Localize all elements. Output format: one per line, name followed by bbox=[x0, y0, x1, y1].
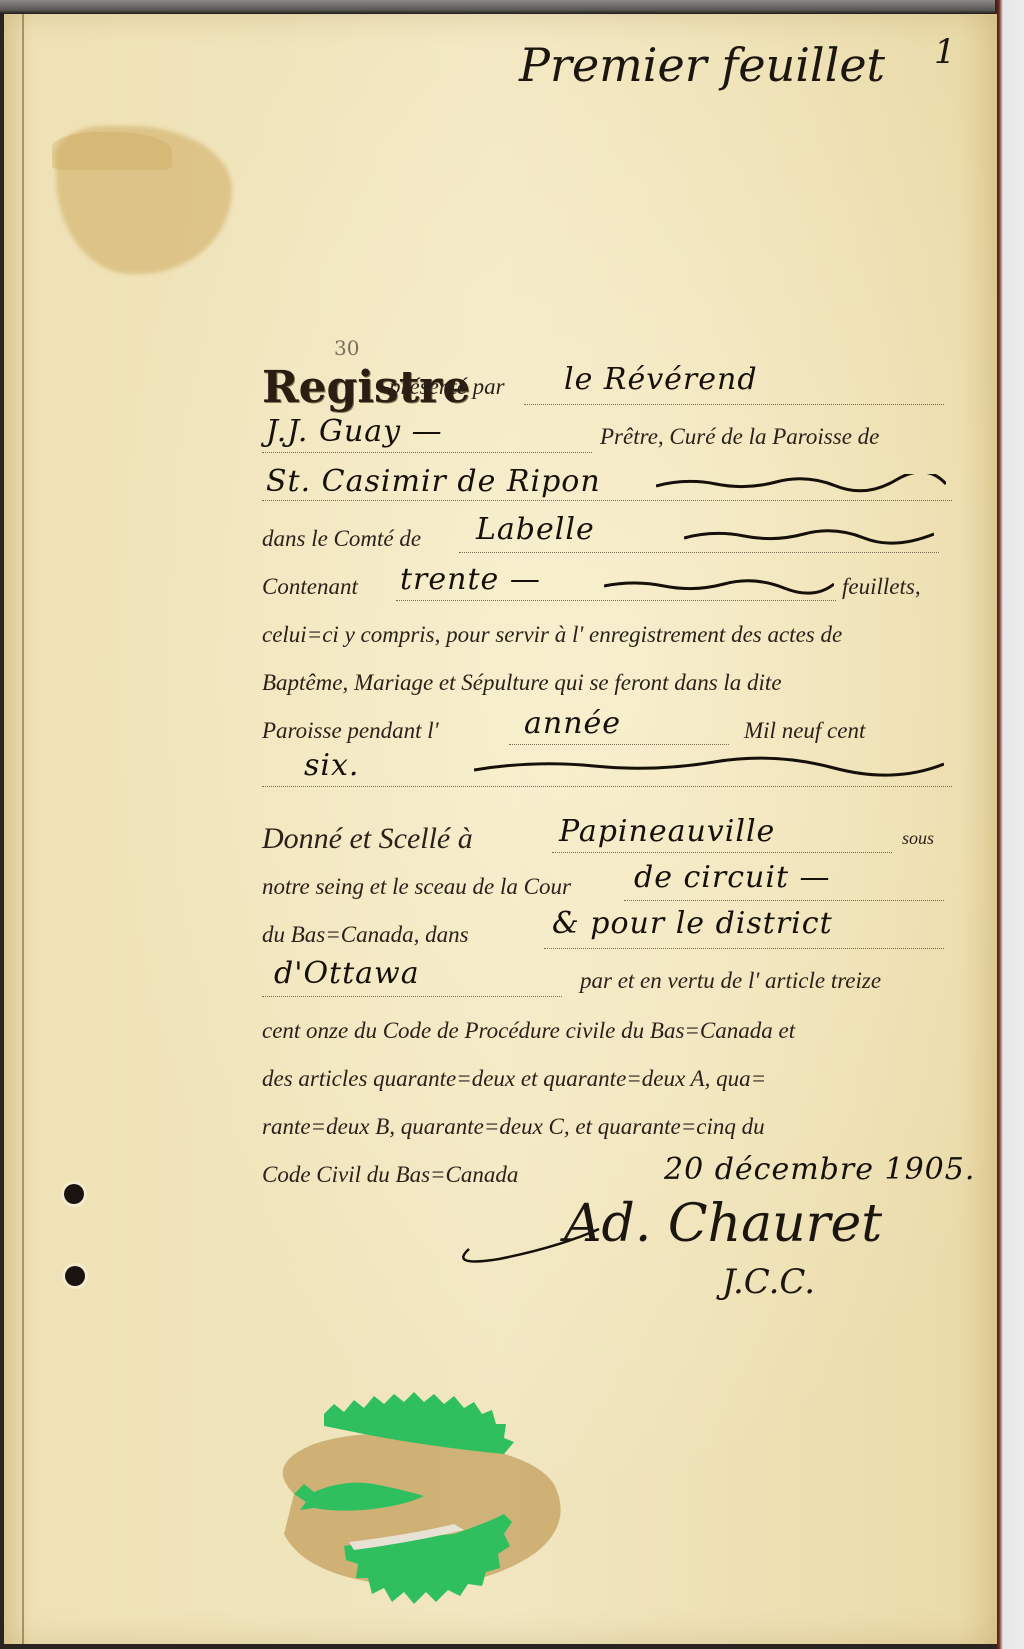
handwritten-entry: trente — bbox=[400, 562, 541, 597]
printed-text: présenté par bbox=[389, 374, 505, 400]
handwritten-date: 20 décembre 1905. bbox=[664, 1152, 975, 1187]
printed-text: rante=deux B, quarante=deux C, et quaran… bbox=[262, 1114, 765, 1140]
printed-text: celui=ci y compris, pour servir à l' enr… bbox=[262, 622, 842, 648]
printed-text: sous bbox=[902, 828, 934, 849]
handwritten-entry: J.J. Guay — bbox=[266, 414, 443, 449]
handwritten-entry: St. Casimir de Ripon bbox=[266, 464, 601, 499]
pencil-note: 30 bbox=[334, 336, 359, 360]
header-note: Premier feuillet bbox=[519, 38, 885, 92]
court-seal bbox=[254, 1374, 584, 1634]
printed-text: Code Civil du Bas=Canada bbox=[262, 1162, 518, 1188]
printed-text: Mil neuf cent bbox=[744, 718, 865, 744]
scanner-background bbox=[995, 0, 1024, 1649]
printed-text: du Bas=Canada, dans bbox=[262, 922, 469, 948]
printed-text: Paroisse pendant l' bbox=[262, 718, 439, 744]
fill-line bbox=[524, 404, 944, 405]
fill-line bbox=[459, 552, 939, 553]
fill-line bbox=[552, 852, 892, 853]
filler-flourish bbox=[656, 474, 946, 494]
fill-line bbox=[396, 600, 836, 601]
handwritten-entry: le Révérend bbox=[564, 362, 758, 397]
fill-line bbox=[262, 786, 952, 787]
fill-line bbox=[262, 996, 562, 997]
printed-text: feuillets, bbox=[842, 574, 921, 600]
page-fold-line bbox=[22, 14, 24, 1644]
filler-flourish bbox=[474, 756, 944, 780]
filler-flourish bbox=[684, 526, 934, 546]
page-number: 1 bbox=[934, 32, 956, 72]
handwritten-entry: Labelle bbox=[476, 512, 595, 547]
binder-hole bbox=[64, 1184, 84, 1204]
handwritten-entry: Papineauville bbox=[559, 814, 775, 849]
printed-text: cent onze du Code de Procédure civile du… bbox=[262, 1018, 795, 1044]
fill-line bbox=[262, 500, 952, 501]
filler-flourish bbox=[604, 576, 834, 596]
fill-line bbox=[544, 948, 944, 949]
fill-line bbox=[624, 900, 944, 901]
printed-text: des articles quarante=deux et quarante=d… bbox=[262, 1066, 766, 1092]
binder-hole bbox=[65, 1266, 85, 1286]
handwritten-entry: d'Ottawa bbox=[274, 956, 420, 991]
signature: Ad. Chauret bbox=[564, 1194, 882, 1254]
printed-text: Contenant bbox=[262, 574, 358, 600]
printed-text: Prêtre, Curé de la Paroisse de bbox=[600, 424, 879, 450]
printed-text: par et en vertu de l' article treize bbox=[580, 968, 881, 994]
signature-title: J.C.C. bbox=[722, 1262, 815, 1302]
handwritten-entry: six. bbox=[304, 748, 359, 783]
handwritten-entry: année bbox=[524, 706, 621, 741]
handwritten-entry: de circuit — bbox=[634, 860, 831, 895]
printed-text: dans le Comté de bbox=[262, 526, 421, 552]
printed-text: Donné et Scellé à bbox=[262, 822, 473, 856]
fill-line bbox=[509, 744, 729, 745]
water-stain-edge bbox=[52, 132, 172, 170]
scanner-top-edge bbox=[0, 0, 1024, 14]
fill-line bbox=[262, 452, 592, 453]
handwritten-entry: & pour le district bbox=[552, 906, 833, 941]
printed-text: Baptême, Mariage et Sépulture qui se fer… bbox=[262, 670, 782, 696]
register-page: Premier feuillet 1 30 Registre présenté … bbox=[4, 14, 997, 1644]
printed-text: notre seing et le sceau de la Cour bbox=[262, 874, 571, 900]
